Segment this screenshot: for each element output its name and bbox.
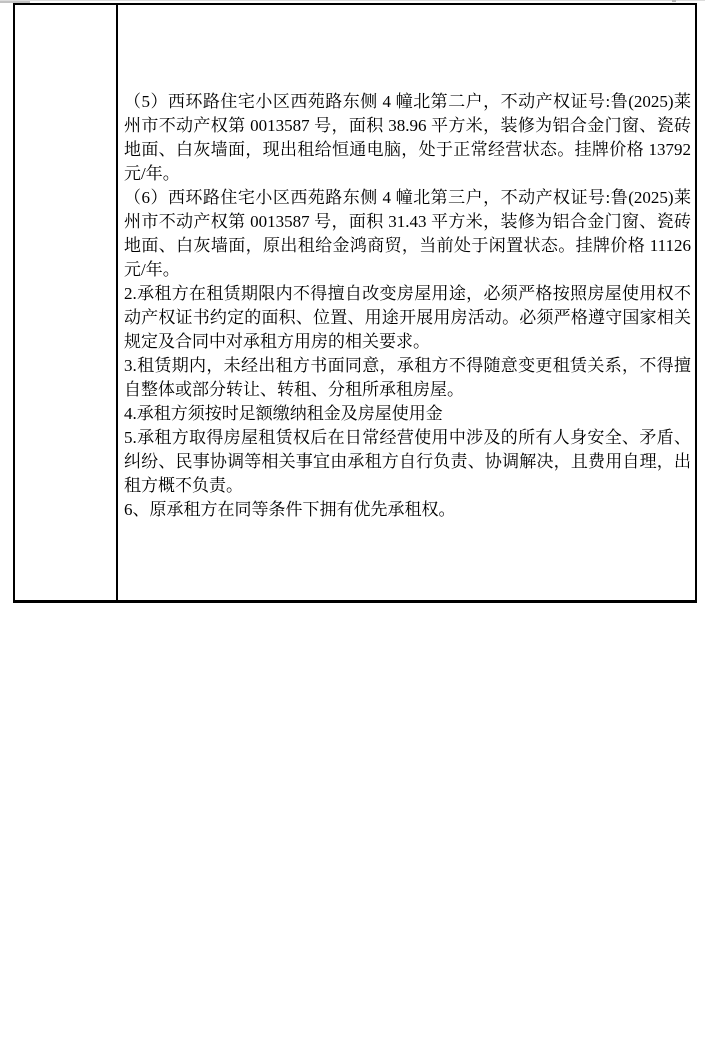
property-item-6-paragraph: （6）西环路住宅小区西苑路东侧 4 幢北第三户，不动产权证号:鲁(2025)莱州… [124,186,691,282]
contract-table: （5）西环路住宅小区西苑路东侧 4 幢北第二户，不动产权证号:鲁(2025)莱州… [13,3,697,603]
table-content-cell: （5）西环路住宅小区西苑路东侧 4 幢北第二户，不动产权证号:鲁(2025)莱州… [118,5,695,600]
clause-6-paragraph: 6、原承租方在同等条件下拥有优先承租权。 [124,498,691,522]
clause-4-paragraph: 4.承租方须按时足额缴纳租金及房屋使用金 [124,402,691,426]
page-top-edge-line [0,0,705,1]
clause-2-paragraph: 2.承租方在租赁期限内不得擅自改变房屋用途，必须严格按照房屋使用权不动产权证书约… [124,282,691,354]
table-label-cell [15,5,118,600]
clause-5-paragraph: 5.承租方取得房屋租赁权后在日常经营使用中涉及的所有人身安全、矛盾、纠纷、民事协… [124,426,691,498]
property-item-5-paragraph: （5）西环路住宅小区西苑路东侧 4 幢北第二户，不动产权证号:鲁(2025)莱州… [124,90,691,186]
clause-3-paragraph: 3.租赁期内，未经出租方书面同意，承租方不得随意变更租赁关系，不得擅自整体或部分… [124,354,691,402]
page-top-right-mark [672,0,676,2]
document-page: （5）西环路住宅小区西苑路东侧 4 幢北第二户，不动产权证号:鲁(2025)莱州… [0,0,705,1041]
